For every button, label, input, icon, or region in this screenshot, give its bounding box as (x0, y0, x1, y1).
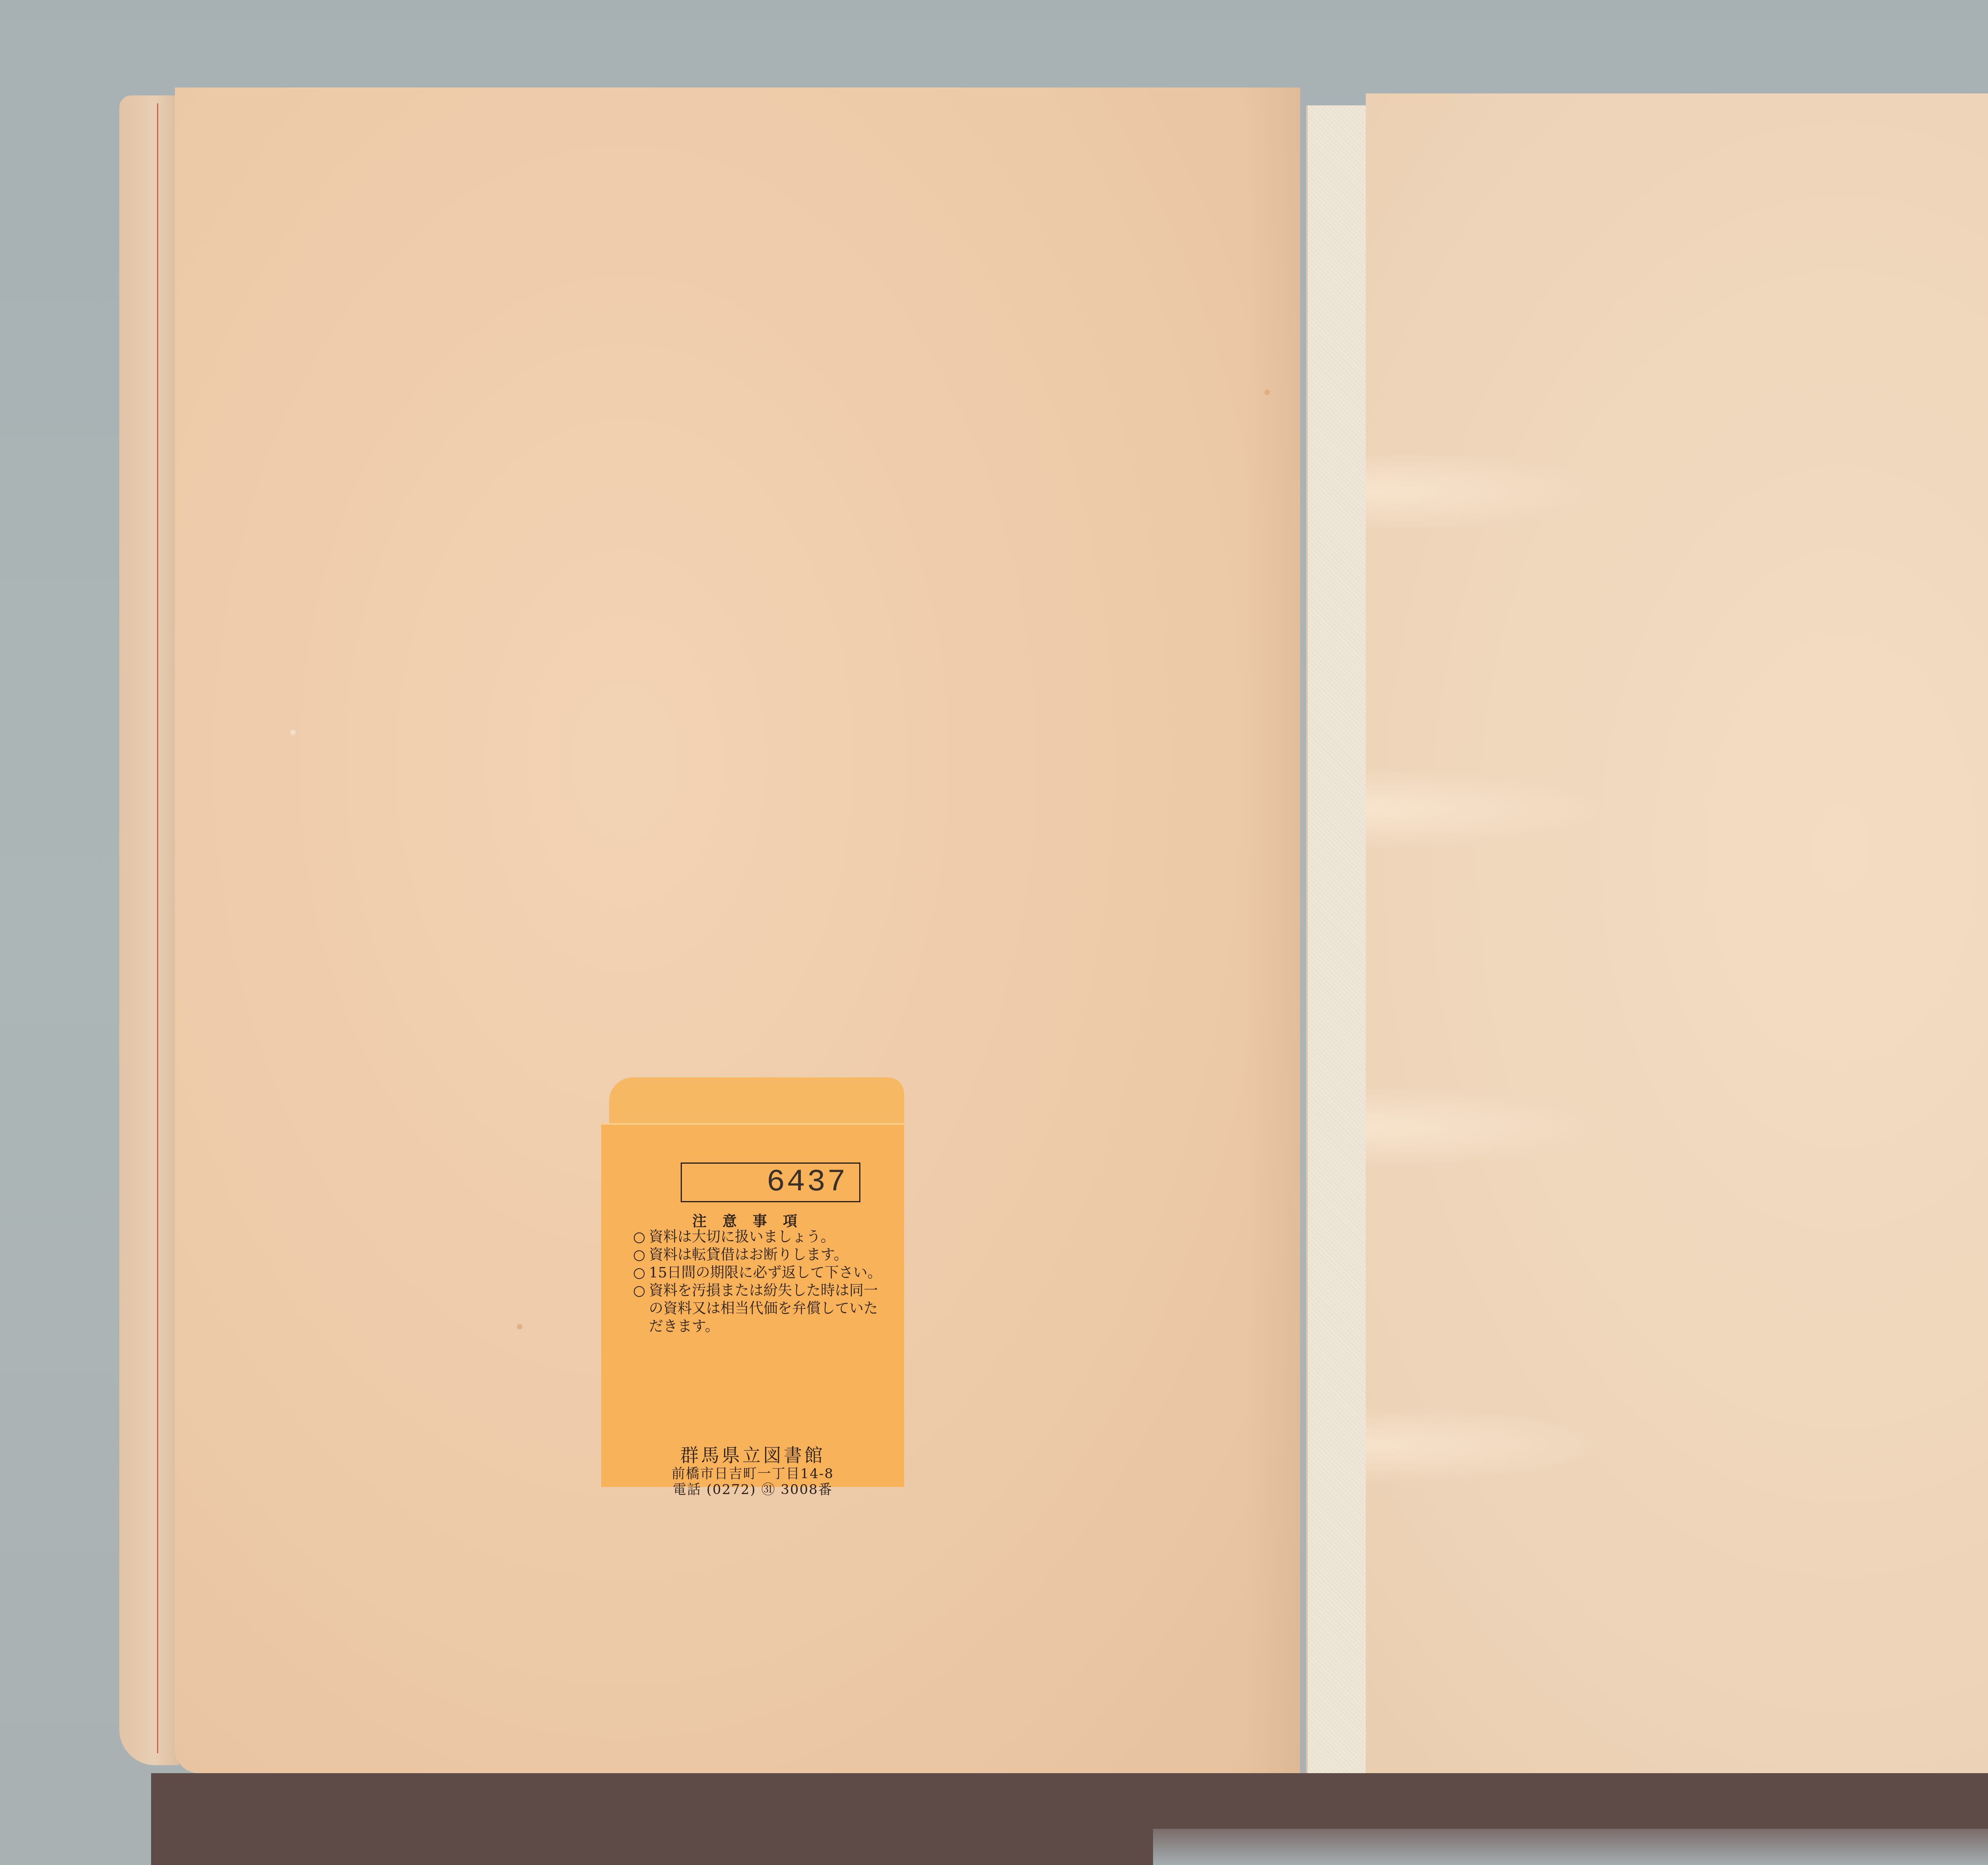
paper-ripple (1366, 451, 1604, 531)
right-page (1366, 93, 1988, 1773)
paper-ripple (1366, 1087, 1604, 1167)
left-page (175, 87, 1300, 1773)
paper-ripple (1366, 769, 1604, 849)
pocket-front: 6437 注意事項 資料は大切に扱いましょう。 資料は転貸借はお断りします。 1… (601, 1123, 904, 1487)
notice-list: 資料は大切に扱いましょう。 資料は転貸借はお断りします。 15日間の期限に必ず返… (633, 1228, 891, 1335)
pocket-back-flap (609, 1077, 904, 1125)
call-number-box: 6437 (681, 1162, 860, 1202)
paper-speck (517, 1324, 522, 1329)
paper-speck (290, 730, 296, 735)
paper-speck (1264, 390, 1270, 395)
book-shadow-fade (1153, 1829, 1988, 1865)
open-book (119, 87, 1988, 1773)
page-block-edge (119, 95, 179, 1765)
notice-item: 15日間の期限に必ず返して下さい。 (633, 1264, 891, 1282)
notice-title: 注意事項 (601, 1210, 904, 1230)
call-number: 6437 (767, 1165, 847, 1200)
notice-item: 資料は大切に扱いましょう。 (633, 1228, 891, 1246)
left-gutter-shade (1244, 87, 1300, 1773)
spine-binding-tape (1306, 105, 1366, 1773)
library-card-pocket: 6437 注意事項 資料は大切に扱いましょう。 資料は転貸借はお断りします。 1… (601, 1077, 904, 1487)
library-phone: 電話 (0272) ㉛ 3008番 (601, 1479, 904, 1498)
paper-ripple (1366, 1405, 1604, 1485)
edge-red-stripe (157, 103, 158, 1753)
notice-item: 資料は転貸借はお断りします。 (633, 1246, 891, 1264)
notice-item: 資料を汚損または紛失した時は同一の資料又は相当代価を弁償していただきます。 (633, 1282, 891, 1335)
